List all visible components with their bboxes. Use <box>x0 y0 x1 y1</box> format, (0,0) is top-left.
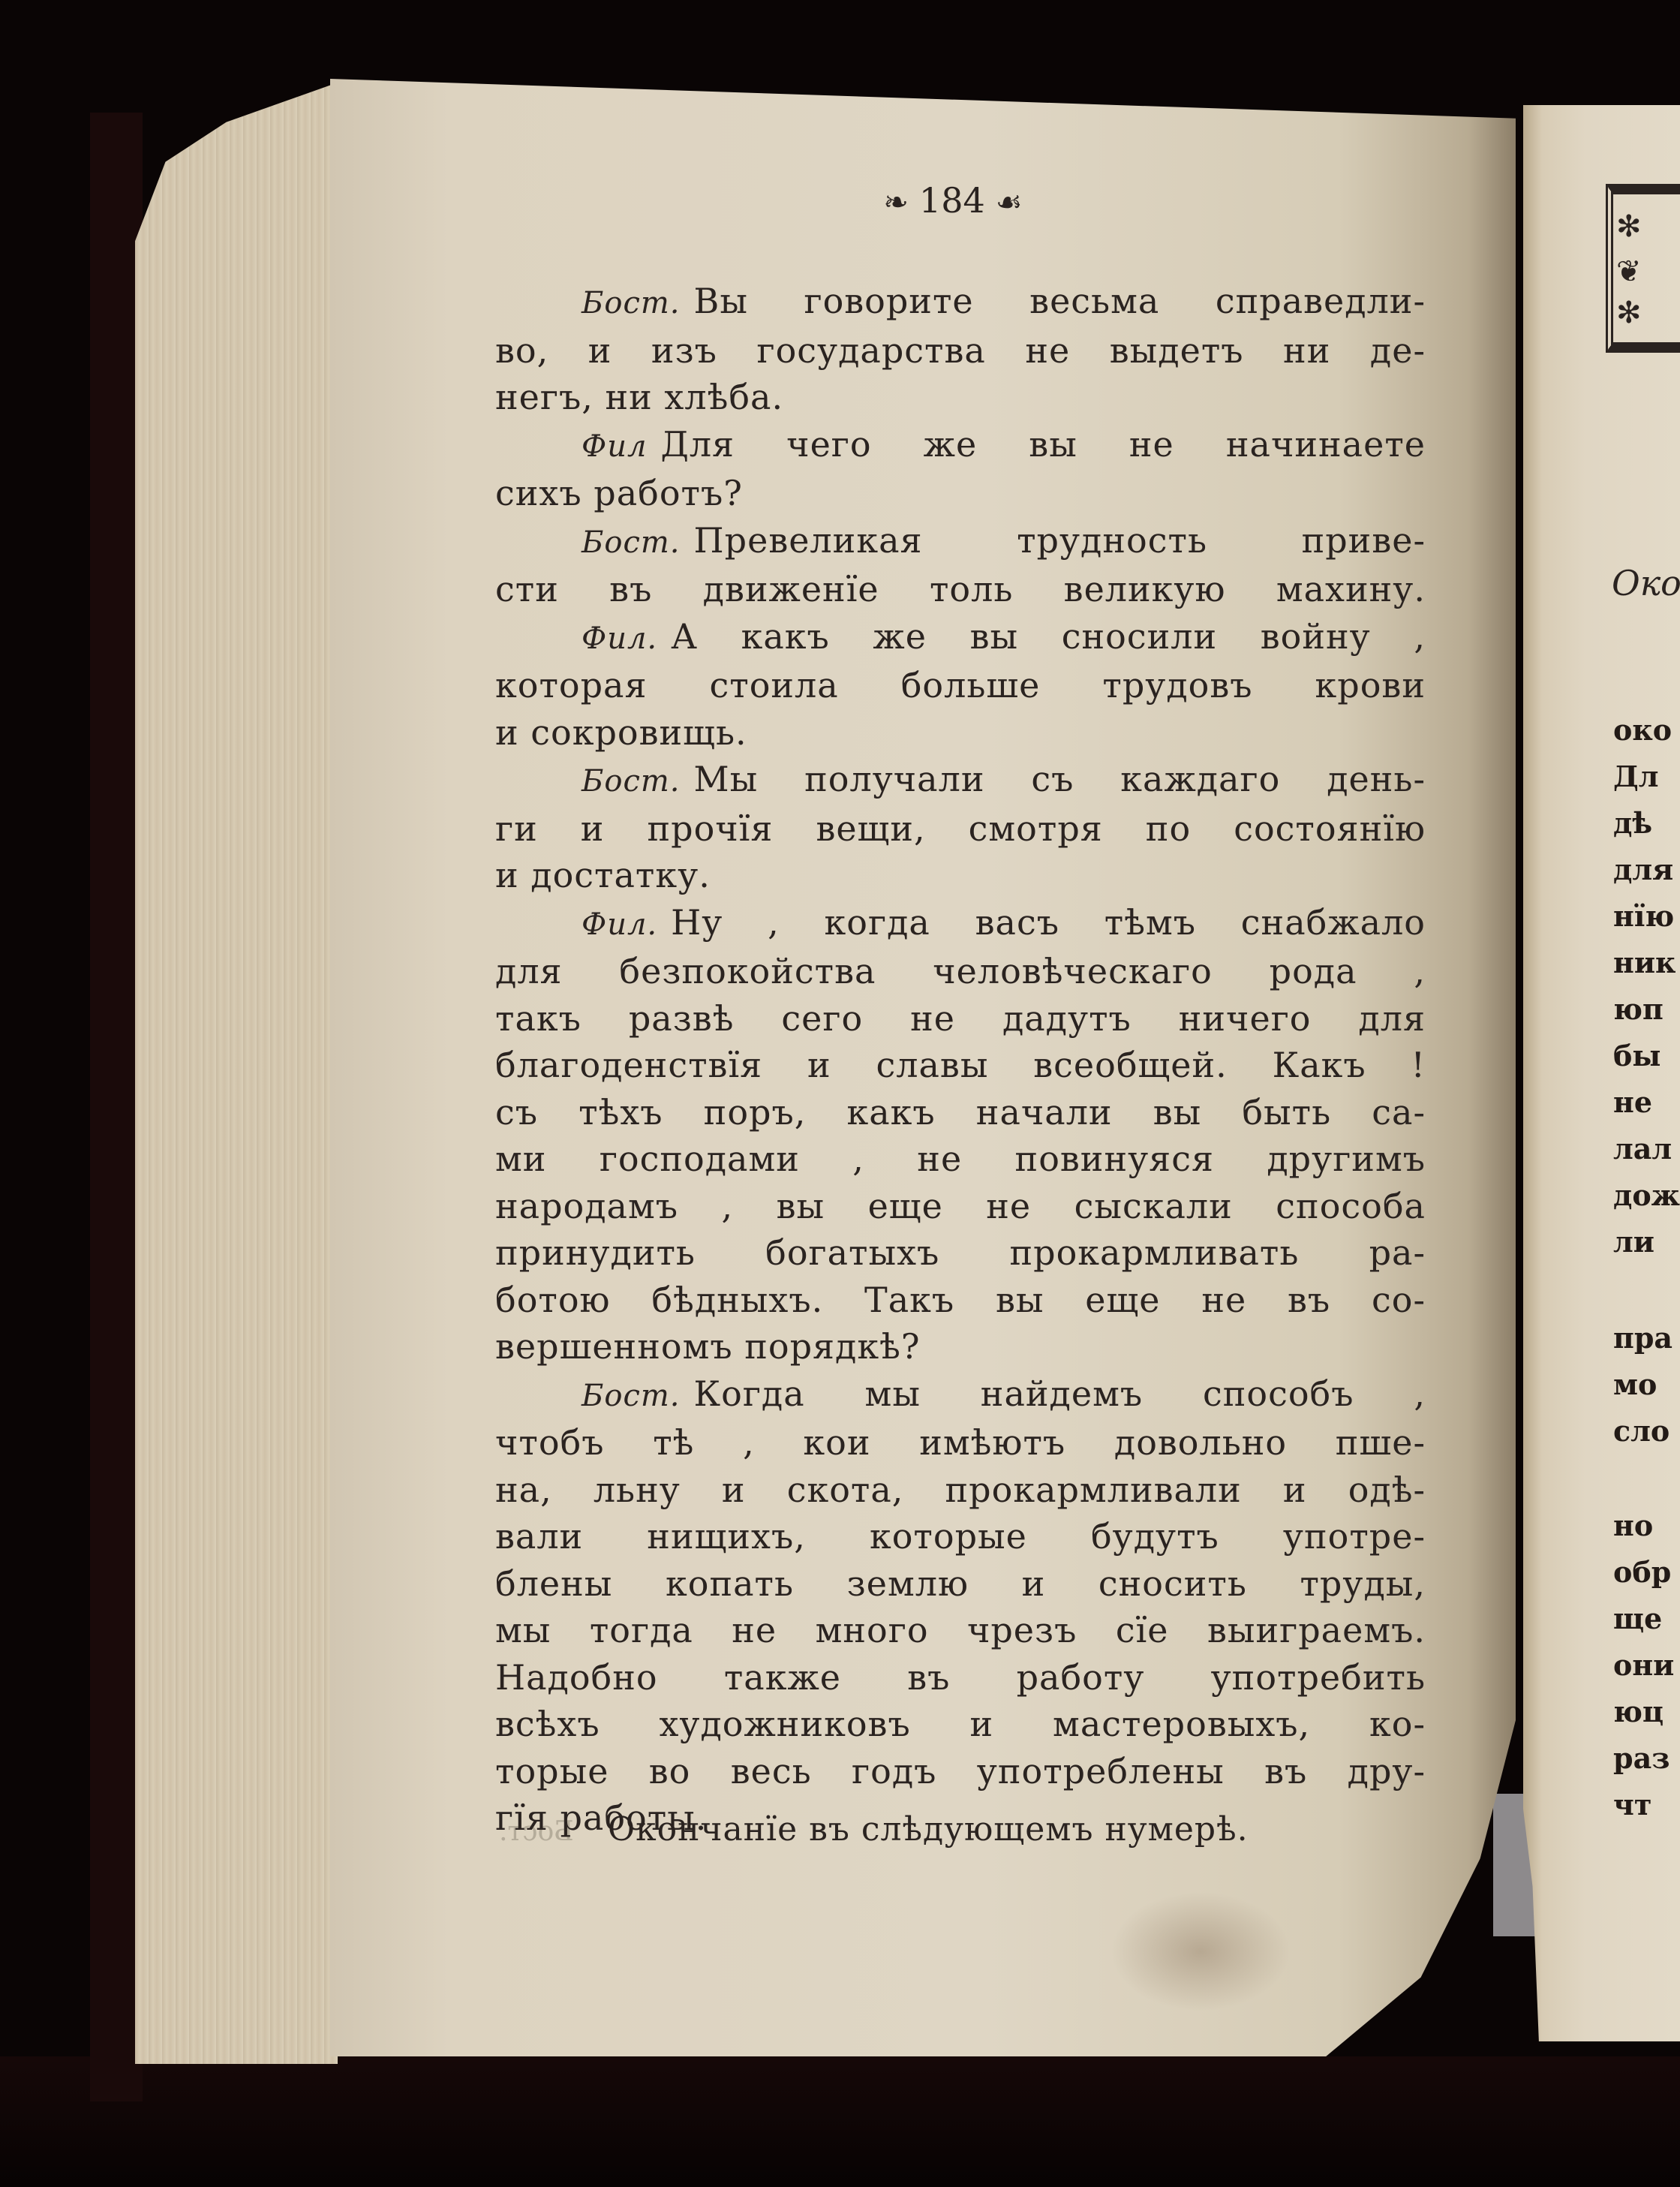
text-line: на, льну и скота, прокармливали и одѣ- <box>495 1467 1426 1514</box>
text-line: блены копать землю и сносить труды, <box>495 1560 1426 1608</box>
facing-line: ник <box>1613 946 1675 979</box>
facing-line: пра <box>1613 1321 1672 1355</box>
facing-line: нїю <box>1613 899 1674 933</box>
text-line: Бост.Мы получали съ каждаго день- <box>495 756 1426 805</box>
text-line: съ тѣхъ поръ, какъ начали вы быть са- <box>495 1089 1426 1136</box>
speaker-label: Фил. <box>582 907 657 942</box>
dialogue-paragraph: Бост.Когда мы найдемъ способъ , чтобъ тѣ… <box>495 1370 1426 1842</box>
flower-ornament-icon: ✻ <box>1616 209 1642 244</box>
facing-line: обр <box>1613 1555 1671 1589</box>
ornament-right-icon: ☙ <box>996 185 1023 220</box>
speaker-label: Фил <box>582 429 647 464</box>
page-header: ❧184☙ <box>818 180 1088 221</box>
text-line: сихъ работъ? <box>495 470 1426 517</box>
facing-line: раз <box>1613 1741 1669 1775</box>
text-line: Фил.Ну , когда васъ тѣмъ снабжало <box>495 899 1426 949</box>
dialogue-paragraph: Фил.Ну , когда васъ тѣмъ снабжало для бе… <box>495 899 1426 1370</box>
facing-line: юц <box>1613 1695 1663 1728</box>
text-line: Надобно также въ работу употребить <box>495 1654 1426 1701</box>
speaker-label: Бост. <box>582 764 681 799</box>
continuation-note: Окончанїе въ слѣдующемъ нумерѣ. <box>608 1810 1249 1849</box>
text-line: принудить богатыхъ прокармливать ра- <box>495 1229 1426 1277</box>
speaker-label: Бост. <box>582 286 681 320</box>
dialogue-paragraph: Фил.А какъ же вы сносили войну , которая… <box>495 613 1426 757</box>
page-stack-edge <box>135 83 338 2064</box>
text-line: сти въ движенїе толь великую махину. <box>495 566 1426 613</box>
facing-title-fragment: Око <box>1612 563 1680 603</box>
text-line: Фил.А какъ же вы сносили войну , <box>495 613 1426 663</box>
text-line: ботою бѣдныхъ. Такъ вы еще не въ со- <box>495 1277 1426 1324</box>
facing-line: лал <box>1613 1132 1672 1166</box>
dialogue-paragraph: ФилДля чего же вы не начинаете сихъ рабо… <box>495 421 1426 517</box>
facing-line: око <box>1613 713 1672 747</box>
facing-line: сло <box>1613 1414 1669 1448</box>
text-line: торые во весь годъ употреблены въ дру- <box>495 1748 1426 1795</box>
text-line: во, и изъ государства не выдетъ ни де- <box>495 327 1426 375</box>
facing-line: ли <box>1613 1225 1654 1259</box>
text-line: Бост.Вы говорите весьма справедли- <box>495 278 1426 327</box>
text-line: негъ, ни хлѣба. <box>495 374 1426 421</box>
text-line: вершенномъ порядкѣ? <box>495 1323 1426 1370</box>
background-surface <box>0 2056 1680 2187</box>
ornament-left-icon: ❧ <box>883 185 909 220</box>
text-line: всѣхъ художниковъ и мастеровыхъ, ко- <box>495 1701 1426 1748</box>
text-line: такъ развѣ сего не дадутъ ничего для <box>495 995 1426 1042</box>
text-line: и достатку. <box>495 852 1426 899</box>
facing-line: Дл <box>1613 760 1659 793</box>
facing-line: дѣ <box>1613 806 1652 840</box>
text-line: Бост.Превеликая трудность приве- <box>495 517 1426 567</box>
text-line: ги и прочїя вещи, смотря по состоянїю <box>495 805 1426 853</box>
facing-line: ще <box>1613 1602 1662 1635</box>
body-text: Бост.Вы говорите весьма справедли- во, и… <box>495 278 1426 1842</box>
text-line: вали нищихъ, которые будутъ употре- <box>495 1513 1426 1560</box>
facing-line: для <box>1613 853 1673 886</box>
text-line: чтобъ тѣ , кои имѣютъ довольно пше- <box>495 1419 1426 1467</box>
text-line: ми господами , не повинуяся другимъ <box>495 1136 1426 1183</box>
facing-line: юп <box>1613 992 1663 1026</box>
bleed-through-text: Бост. <box>499 1816 574 1847</box>
text-line: Бост.Когда мы найдемъ способъ , <box>495 1370 1426 1420</box>
speaker-label: Бост. <box>582 1379 681 1413</box>
text-line: ФилДля чего же вы не начинаете <box>495 421 1426 471</box>
text-line: которая стоила больше трудовъ крови <box>495 662 1426 709</box>
flower-ornament-icon: ✻ <box>1616 296 1642 330</box>
page-number: 184 <box>919 180 985 221</box>
facing-line: не <box>1613 1085 1652 1119</box>
facing-line: чт <box>1613 1788 1651 1821</box>
dialogue-paragraph: Бост.Превеликая трудность приве- сти въ … <box>495 517 1426 613</box>
facing-line: дож <box>1613 1178 1680 1212</box>
speaker-label: Бост. <box>582 525 681 560</box>
scroll-ornament-icon: ❦ <box>1616 254 1642 289</box>
text-line: благоденствїя и славы всеобщей. Какъ ! <box>495 1042 1426 1089</box>
dialogue-paragraph: Бост.Мы получали съ каждаго день- ги и п… <box>495 756 1426 899</box>
facing-line: мо <box>1613 1367 1657 1401</box>
dialogue-paragraph: Бост.Вы говорите весьма справедли- во, и… <box>495 278 1426 421</box>
facing-line: но <box>1613 1509 1653 1542</box>
text-line: и сокровищь. <box>495 709 1426 757</box>
paper-stain <box>1110 1891 1291 2011</box>
facing-line: они <box>1613 1648 1674 1682</box>
text-line: народамъ , вы еще не сыскали способа <box>495 1183 1426 1230</box>
text-line: мы тогда не много чрезъ сїе выиграемъ. <box>495 1607 1426 1654</box>
text-line: для безпокойства человѣческаго рода , <box>495 948 1426 995</box>
speaker-label: Фил. <box>582 621 657 656</box>
headpiece-ornament-icon: ✻ ❦ ✻ <box>1606 184 1680 353</box>
facing-line: бы <box>1613 1039 1660 1072</box>
book-cover-edge <box>90 113 143 2101</box>
